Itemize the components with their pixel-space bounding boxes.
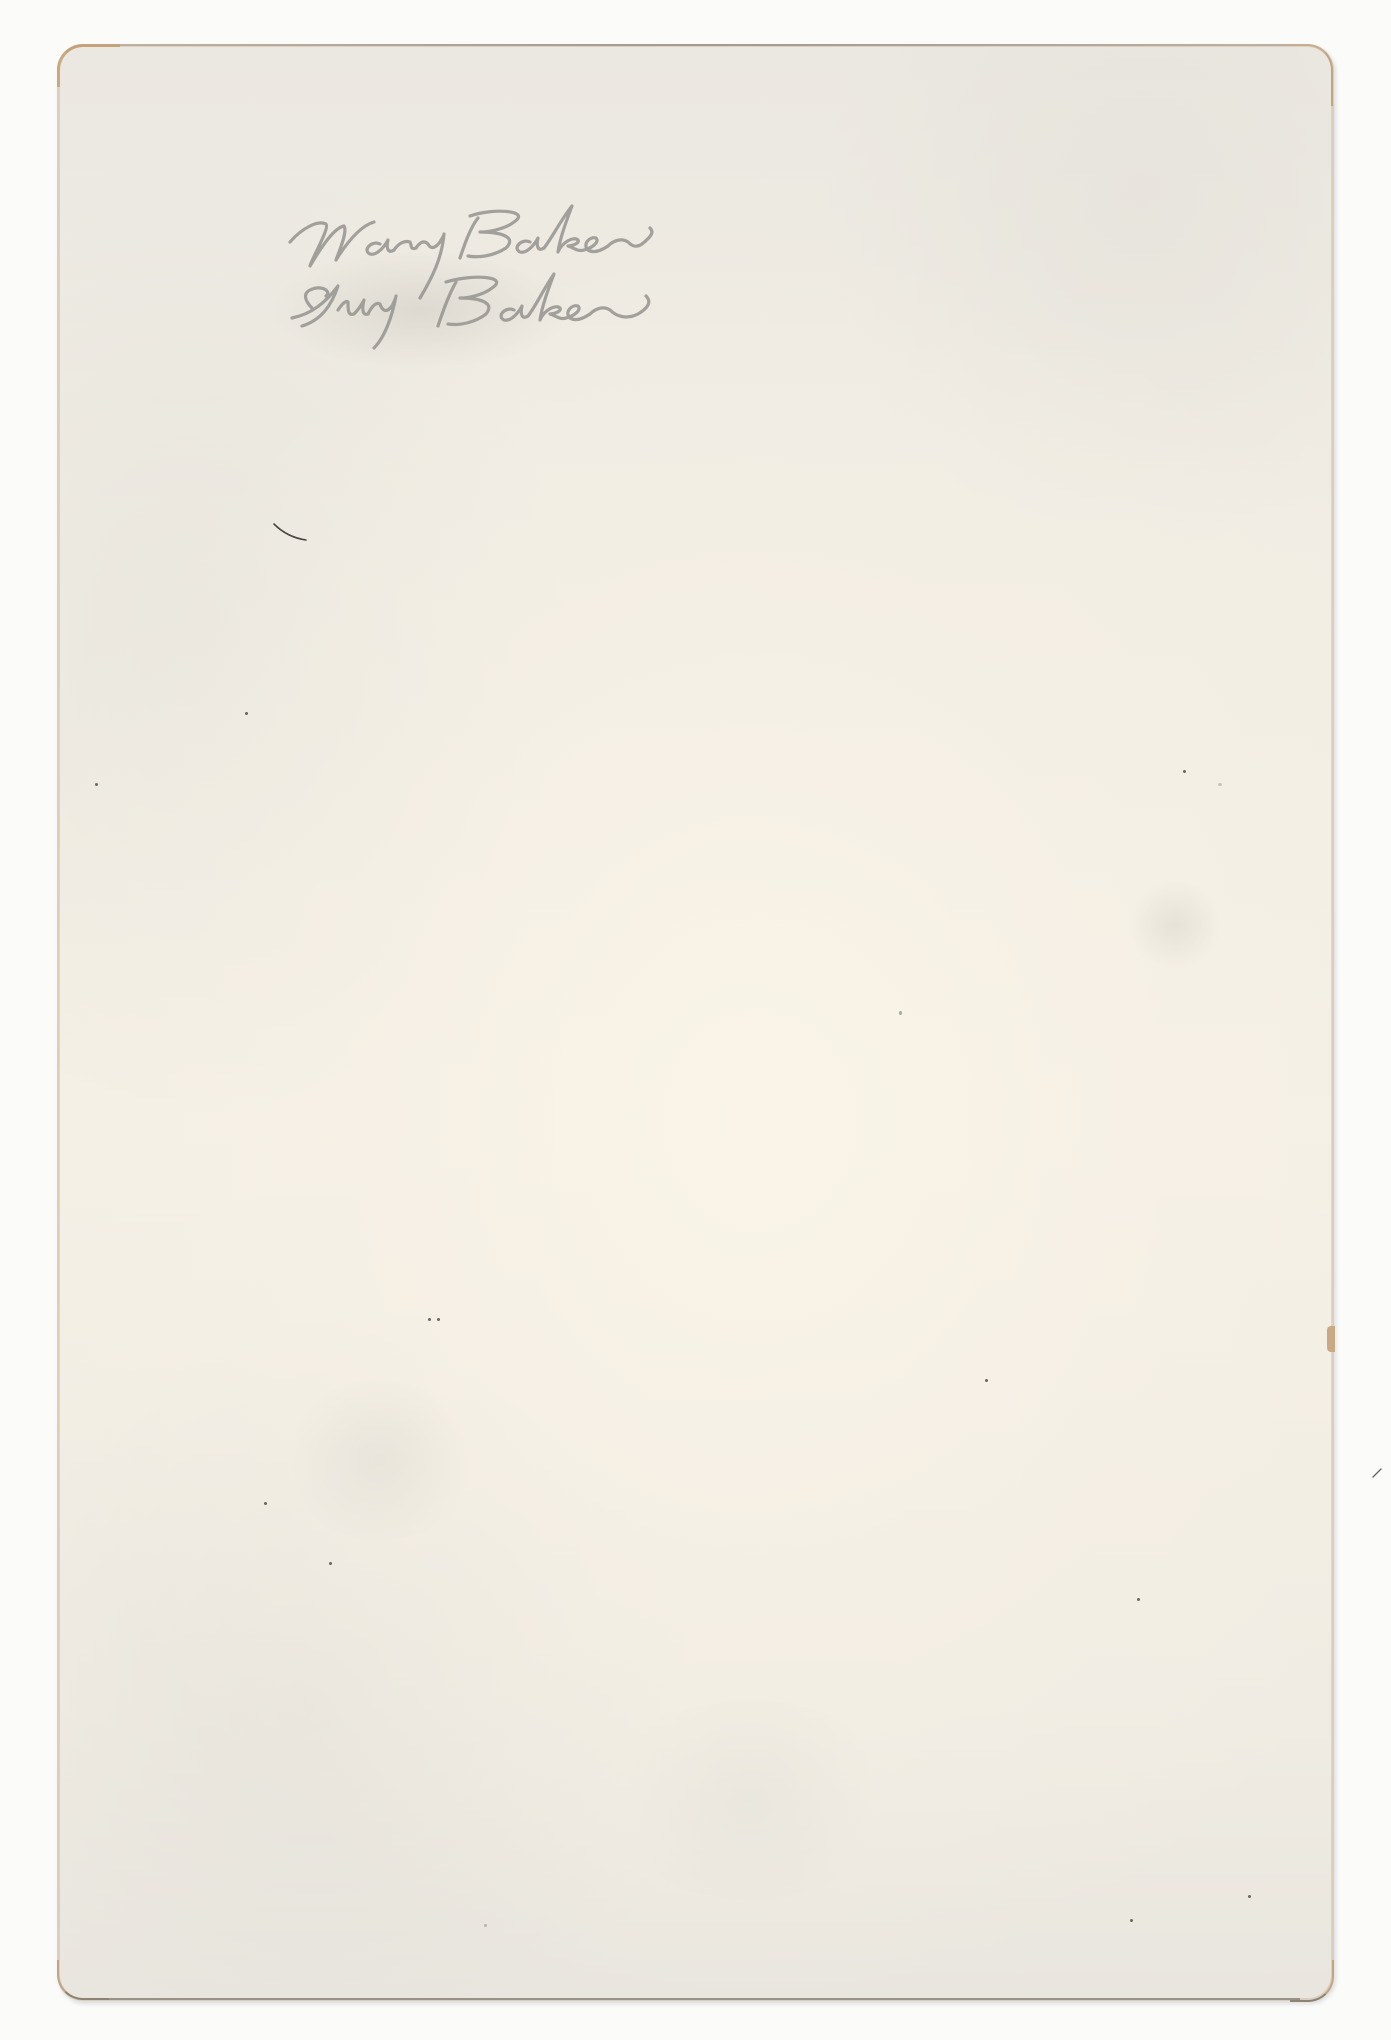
dust-fleck (1137, 1598, 1140, 1601)
dust-fleck (428, 1318, 431, 1321)
card-bottom-edge (90, 1998, 1300, 2000)
dust-fleck (899, 1011, 902, 1015)
dust-fleck (437, 1318, 440, 1321)
scanner-fleck (1372, 1468, 1382, 1478)
dust-fleck (95, 783, 98, 786)
dust-fleck (245, 712, 248, 715)
dust-fleck (1130, 1919, 1133, 1922)
card-top-edge (120, 44, 1290, 46)
dust-fleck (985, 1379, 988, 1382)
handwritten-inscription: Mary Baker Guy Baker (282, 198, 762, 348)
dust-fleck (329, 1562, 332, 1565)
dust-fleck (1183, 770, 1186, 773)
faint-stain (280, 1380, 480, 1540)
fiber-mark (272, 522, 308, 542)
scanned-card-image: Mary Baker Guy Baker (0, 0, 1391, 2040)
pencil-script-icon (282, 198, 762, 348)
dust-fleck (264, 1502, 267, 1505)
edge-chip (1327, 1326, 1335, 1352)
dust-fleck (1218, 783, 1222, 786)
dust-fleck (1248, 1895, 1251, 1898)
faint-stain (600, 1700, 900, 1900)
dust-fleck (484, 1924, 487, 1927)
faint-stain (1130, 880, 1220, 970)
